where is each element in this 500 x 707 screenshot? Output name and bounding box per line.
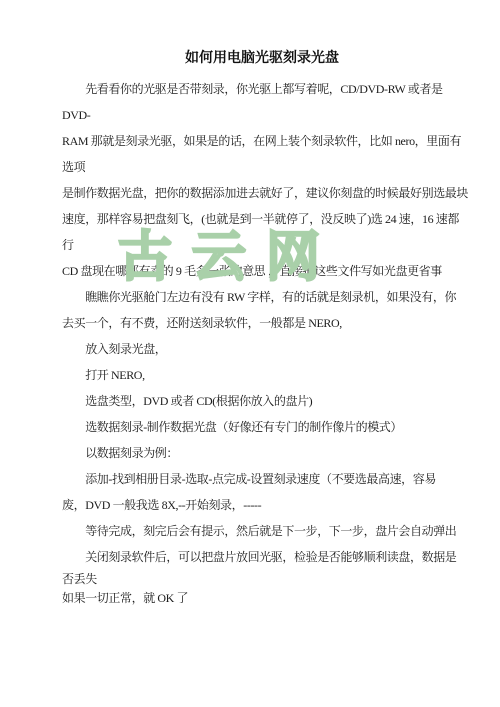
- text-line: 否丢失: [62, 570, 470, 589]
- text-line: 废，DVD 一般我选 8X,--开始刻录，-----: [62, 492, 470, 518]
- text-line: 放入刻录光盘，: [62, 336, 470, 362]
- document-title: 如何用电脑光驱刻录光盘: [0, 0, 500, 68]
- text-line: 如果一切正常，就 OK 了: [62, 589, 470, 608]
- document-body: 先看看你的光驱是否带刻录，你光驱上都写着呢，CD/DVD-RW 或者是 DVD-…: [0, 76, 500, 608]
- text-line: 以数据刻录为例：: [62, 440, 470, 466]
- text-line: 瞧瞧你光驱舱门左边有没有 RW 字样，有的话就是刻录机，如果没有，你: [62, 284, 470, 310]
- text-line: 选数据刻录-制作数据光盘（好像还有专门的制作像片的模式）: [62, 414, 470, 440]
- text-line: 速度，那样容易把盘刻飞，(也就是到一半就停了，没反映了)选 24 速，16 速都…: [62, 206, 470, 258]
- text-line: CD 盘现在哪都有卖的 9 毛多一张的意思 ，直接把这些文件写如光盘更省事: [62, 258, 470, 284]
- text-line: 关闭刻录软件后，可以把盘片放回光驱，检验是否能够顺利读盘，数据是: [62, 544, 470, 570]
- text-line: 去买一个，有不费，还附送刻录软件，一般都是 NERO,: [62, 310, 470, 336]
- text-line: 打开 NERO,: [62, 362, 470, 388]
- document-page: 如何用电脑光驱刻录光盘 先看看你的光驱是否带刻录，你光驱上都写着呢，CD/DVD…: [0, 0, 500, 707]
- text-line: 先看看你的光驱是否带刻录，你光驱上都写着呢，CD/DVD-RW 或者是 DVD-: [62, 76, 470, 128]
- text-line: 添加-找到相册目录-选取-点完成-设置刻录速度（不要选最高速，容易: [62, 466, 470, 492]
- text-line: 是制作数据光盘，把你的数据添加进去就好了，建议你刻盘的时候最好别选最块: [62, 180, 470, 206]
- text-line: 选盘类型，DVD 或者 CD(根据你放入的盘片): [62, 388, 470, 414]
- text-line: 等待完成，刻完后会有提示，然后就是下一步，下一步，盘片会自动弹出: [62, 518, 470, 544]
- text-line: RAM 那就是刻录光驱，如果是的话，在网上装个刻录软件，比如 nero，里面有选…: [62, 128, 470, 180]
